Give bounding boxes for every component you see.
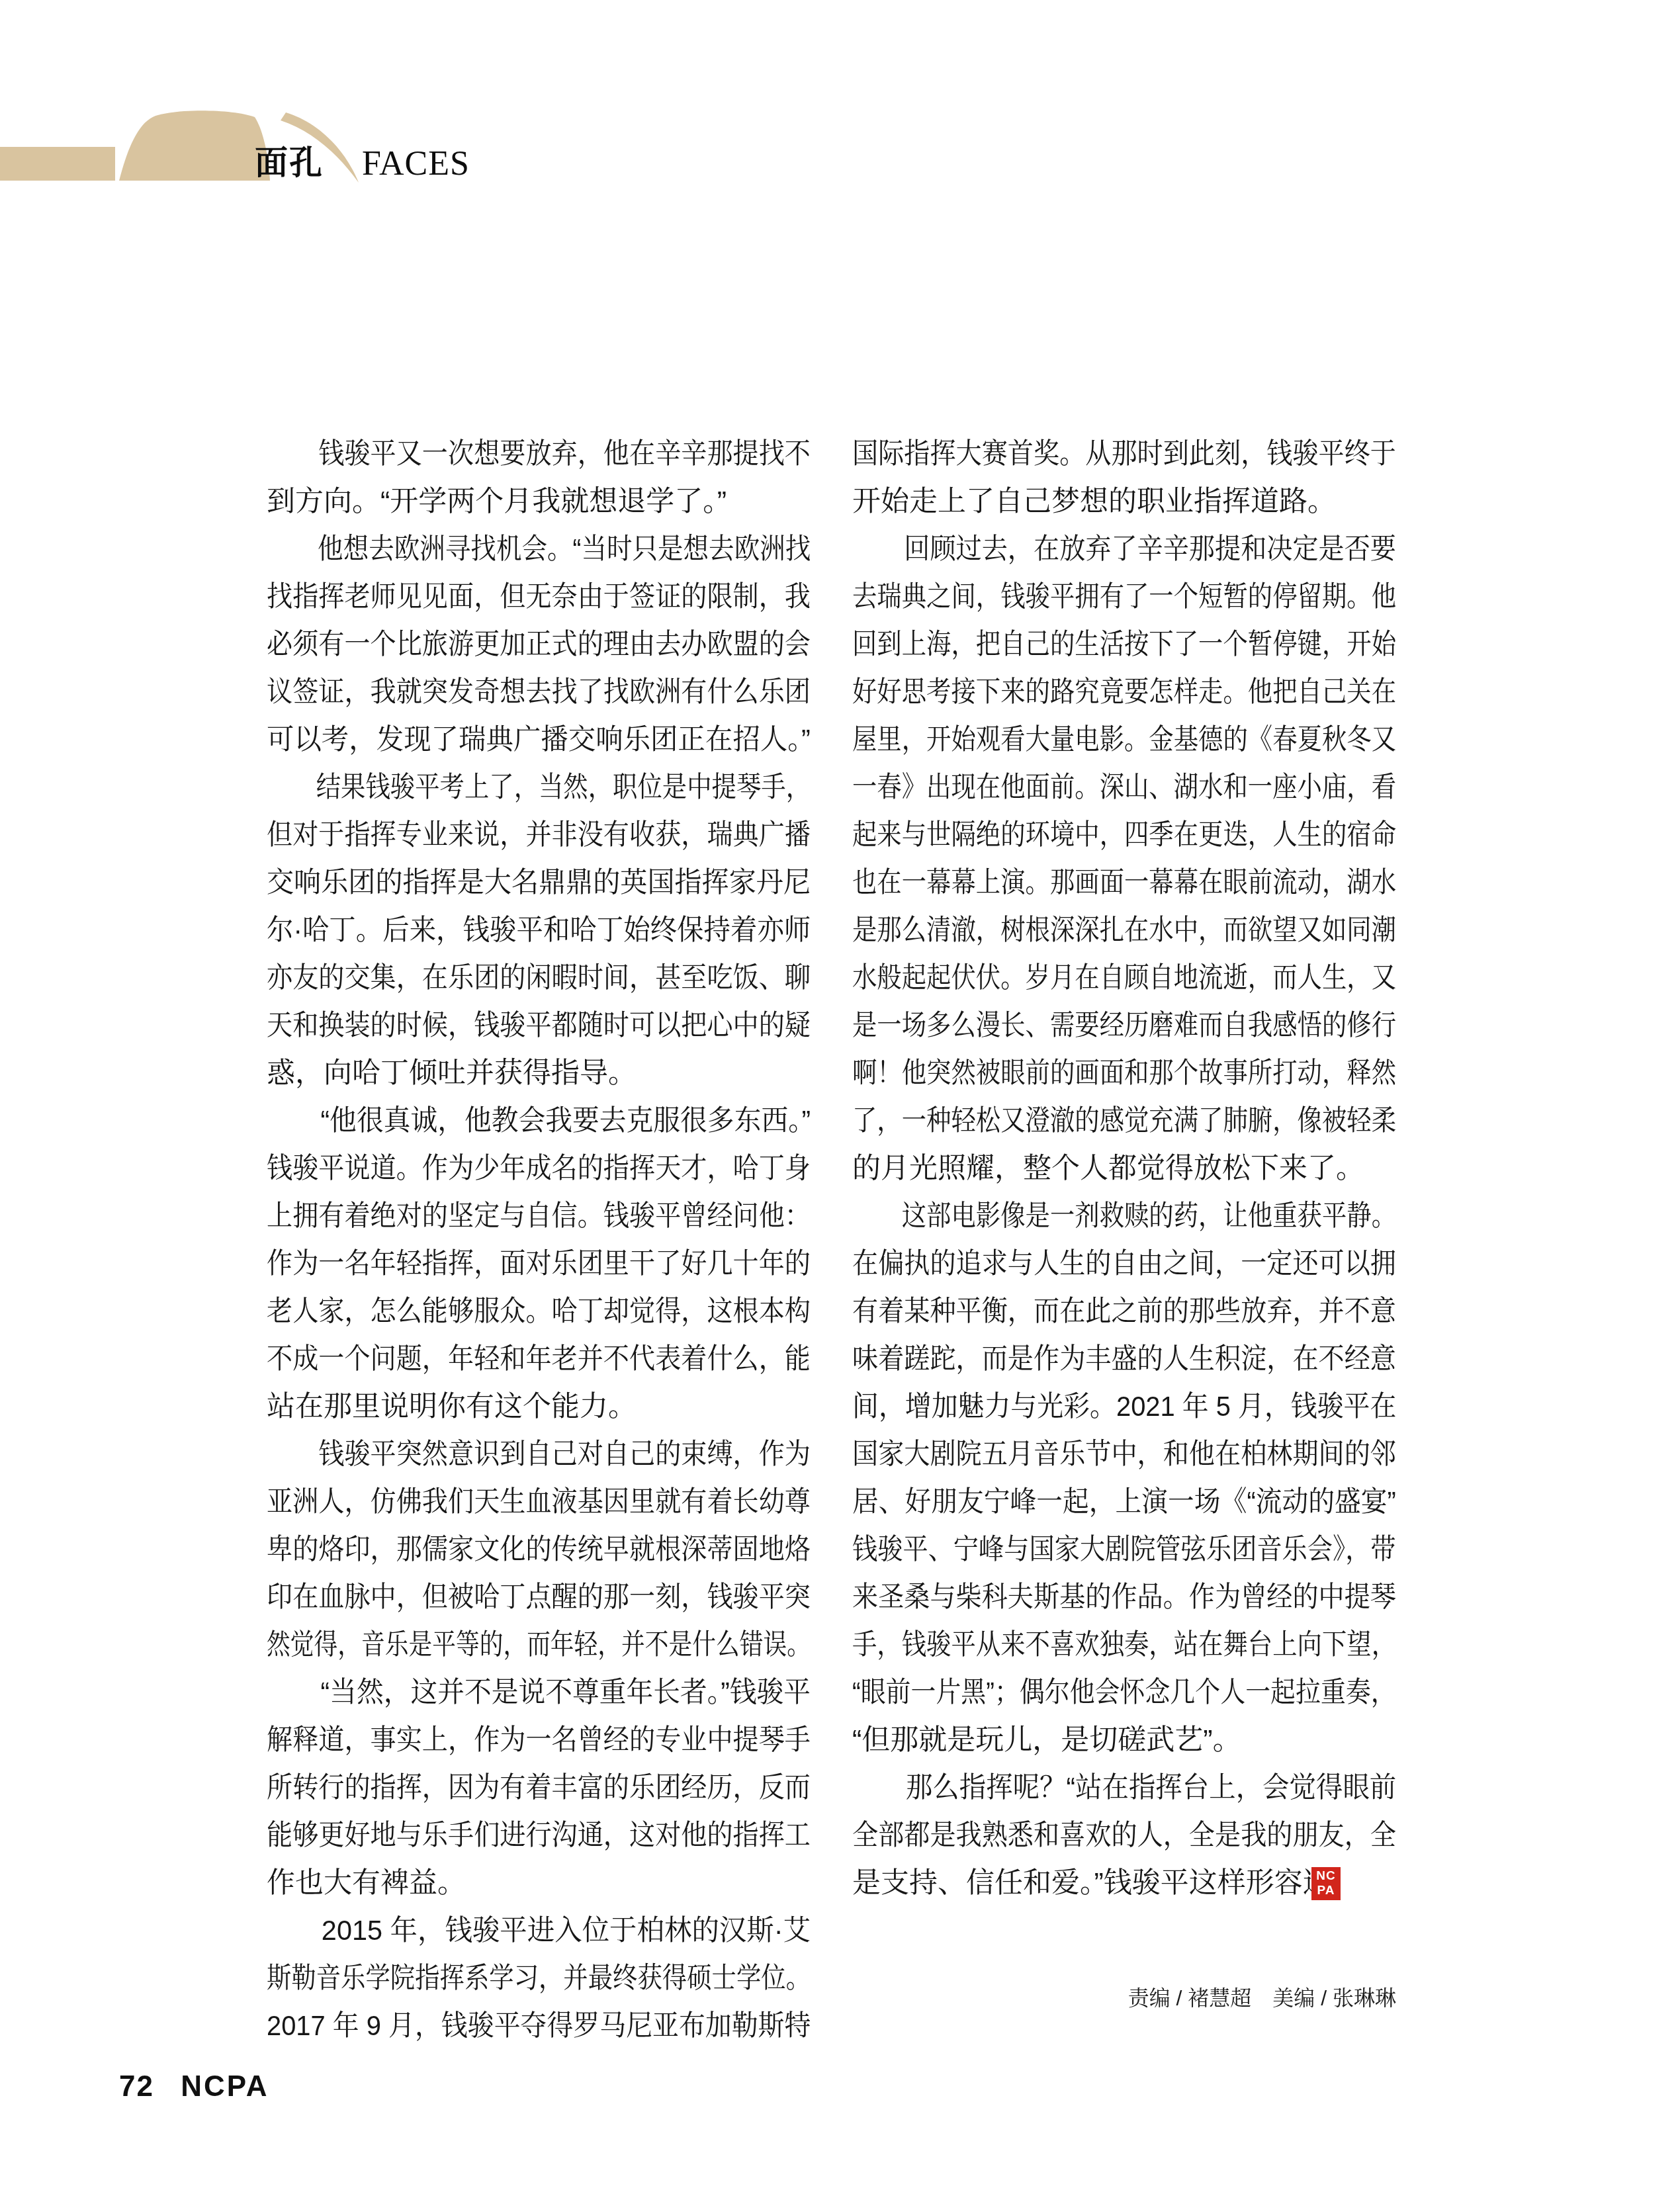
text-line: 结果钱骏平考上了，当然，职位是中提琴手， xyxy=(267,764,739,811)
text-line: 回顾过去，在放弃了辛辛那提和决定是否要 xyxy=(852,525,1347,573)
text-line: 去瑞典之间，钱骏平拥有了一个短暂的停留期。他 xyxy=(852,573,1325,621)
text-line: 这部电影像是一剂救赎的药，让他重获平静。 xyxy=(852,1192,1325,1240)
magazine-page: 面孔 FACES 钱骏平又一次想要放弃，他在辛辛那提找不到方向。“开学两个月我就… xyxy=(0,0,1680,2188)
text-line: 回到上海，把自己的生活按下了一个暂停键，开始 xyxy=(852,621,1325,668)
text-line: 可以考，发现了瑞典广播交响乐团正在招人。” xyxy=(267,716,791,764)
text-line: 居、好朋友宁峰一起，上演一场《“流动的盛宴” xyxy=(852,1478,1355,1526)
header-crescent-icon xyxy=(278,111,365,184)
article-column-left: 钱骏平又一次想要放弃，他在辛辛那提找不到方向。“开学两个月我就想退学了。”他想去… xyxy=(267,430,811,2050)
text-line: 一春》出现在他面前。深山、湖水和一座小庙，看 xyxy=(852,764,1325,811)
text-line: 他想去欧洲寻找机会。“当时只是想去欧洲找 xyxy=(267,525,754,573)
text-line: 站在那里说明你有这个能力。 xyxy=(267,1383,811,1430)
text-line: 斯勒音乐学院指挥系学习，并最终获得硕士学位。 xyxy=(267,1954,739,2002)
header-swoosh-icon xyxy=(93,109,278,182)
text-line: 钱骏平又一次想要放弃，他在辛辛那提找不 xyxy=(267,430,762,478)
text-line: 然觉得，音乐是平等的，而年轻，并不是什么错误。 xyxy=(267,1621,719,1669)
text-line: 啊！他突然被眼前的画面和那个故事所打动，释然 xyxy=(852,1049,1325,1097)
text-line: 2015 年，钱骏平进入位于柏林的汉斯·艾 xyxy=(267,1907,791,1954)
text-line: 水般起起伏伏。岁月在自顾自地流逝，而人生，又 xyxy=(852,954,1325,1002)
text-line: 印在血脉中，但被哈丁点醒的那一刻，钱骏平突 xyxy=(267,1573,762,1621)
text-line: 味着蹉跎，而是作为丰盛的人生积淀，在不经意 xyxy=(852,1335,1347,1383)
text-line: 是一场多么漫长、需要经历磨难而自我感悟的修行 xyxy=(852,1002,1325,1049)
text-line: 惑，向哈丁倾吐并获得指导。 xyxy=(267,1049,811,1097)
text-line: 亚洲人，仿佛我们天生血液基因里就有着长幼尊 xyxy=(267,1478,762,1526)
end-mark-line2: PA xyxy=(1317,1884,1335,1898)
text-line: 上拥有着绝对的坚定与自信。钱骏平曾经问他： xyxy=(267,1192,762,1240)
text-line: 手，钱骏平从来不喜欢独奏，站在舞台上向下望， xyxy=(852,1621,1325,1669)
article-column-right: 国际指挥大赛首奖。从那时到此刻，钱骏平终于开始走上了自己梦想的职业指挥道路。回顾… xyxy=(852,430,1396,1907)
section-title-en: FACES xyxy=(362,147,470,181)
text-line: 尔·哈丁。后来，钱骏平和哈丁始终保持着亦师 xyxy=(267,906,778,954)
text-line: 交响乐团的指挥是大名鼎鼎的英国指挥家丹尼 xyxy=(267,859,787,906)
publication-name: NCPA xyxy=(181,2070,269,2103)
text-line: 那么指挥呢？“站在指挥台上，会觉得眼前 xyxy=(852,1764,1364,1812)
page-footer: 72 NCPA xyxy=(119,2071,269,2103)
ncpa-end-mark-icon: NC PA xyxy=(1311,1867,1341,1900)
text-line: 议签证，我就突发奇想去找了找欧洲有什么乐团 xyxy=(267,668,762,716)
text-line: “眼前一片黑”；偶尔他会怀念几个人一起拉重奏， xyxy=(852,1669,1332,1716)
text-line: 开始走上了自己梦想的职业指挥道路。 xyxy=(852,478,1396,525)
text-line: 天和换装的时候，钱骏平都随时可以把心中的疑 xyxy=(267,1002,762,1049)
text-line: 钱骏平说道。作为少年成名的指挥天才，哈丁身 xyxy=(267,1145,762,1192)
text-line: 必须有一个比旅游更加正式的理由去办欧盟的会 xyxy=(267,621,762,668)
text-line: 能够更好地与乐手们进行沟通，这对他的指挥工 xyxy=(267,1812,762,1859)
text-line: 卑的烙印，那儒家文化的传统早就根深蒂固地烙 xyxy=(267,1526,762,1573)
text-line: 在偏执的追求与人生的自由之间，一定还可以拥 xyxy=(852,1240,1347,1288)
text-line: 所转行的指挥，因为有着丰富的乐团经历，反而 xyxy=(267,1764,762,1812)
text-line: 间，增加魅力与光彩。2021 年 5 月，钱骏平在 xyxy=(852,1383,1357,1430)
text-line: 老人家，怎么能够服众。哈丁却觉得，这根本构 xyxy=(267,1288,762,1335)
page-number: 72 xyxy=(119,2070,154,2103)
text-line: 钱骏平、宁峰与国家大剧院管弦乐团音乐会》，带 xyxy=(852,1526,1335,1573)
text-line: 起来与世隔绝的环境中，四季在更迭，人生的宿命 xyxy=(852,811,1325,859)
text-line: 作为一名年轻指挥，面对乐团里干了好几十年的 xyxy=(267,1240,762,1288)
text-line: “当然，这并不是说不尊重年长者。”钱骏平 xyxy=(267,1669,782,1716)
text-line: 有着某种平衡，而在此之前的那些放弃，并不意 xyxy=(852,1288,1347,1335)
editor-credits: 责编 / 褚慧超 美编 / 张琳琳 xyxy=(852,1984,1396,2013)
text-line: 2017 年 9 月，钱骏平夺得罗马尼亚布加勒斯特 xyxy=(267,2002,772,2050)
text-line: 好好思考接下来的路究竟要怎样走。他把自己关在 xyxy=(852,668,1325,716)
text-line: 钱骏平突然意识到自己对自己的束缚，作为 xyxy=(267,1430,762,1478)
text-line: 不成一个问题，年轻和年老并不代表着什么，能 xyxy=(267,1335,762,1383)
text-line: 找指挥老师见见面，但无奈由于签证的限制，我 xyxy=(267,573,762,621)
text-line: 亦友的交集，在乐团的闲暇时间，甚至吃饭、聊 xyxy=(267,954,762,1002)
text-line: 国际指挥大赛首奖。从那时到此刻，钱骏平终于 xyxy=(852,430,1347,478)
text-line: “但那就是玩儿，是切磋武艺”。 xyxy=(852,1716,1396,1764)
text-line: 来圣桑与柴科夫斯基的作品。作为曾经的中提琴 xyxy=(852,1573,1347,1621)
text-line: 作也大有裨益。 xyxy=(267,1859,811,1907)
text-line: 也在一幕幕上演。那画面一幕幕在眼前流动，湖水 xyxy=(852,859,1325,906)
text-line: 但对于指挥专业来说，并非没有收获，瑞典广播 xyxy=(267,811,762,859)
text-line: 是那么清澈，树根深深扎在水中，而欲望又如同潮 xyxy=(852,906,1325,954)
text-line: 的月光照耀，整个人都觉得放松下来了。 xyxy=(852,1145,1396,1192)
text-line: 屋里，开始观看大量电影。金基德的《春夏秋冬又 xyxy=(852,716,1325,764)
text-line: 国家大剧院五月音乐节中，和他在柏林期间的邻 xyxy=(852,1430,1347,1478)
text-line: “他很真诚，他教会我要去克服很多东西。” xyxy=(267,1097,782,1145)
end-mark-line1: NC xyxy=(1316,1869,1335,1884)
text-line: 到方向。“开学两个月我就想退学了。” xyxy=(267,478,811,525)
text-line: 了，一种轻松又澄澈的感觉充满了肺腑，像被轻柔 xyxy=(852,1097,1325,1145)
text-line: 解释道，事实上，作为一名曾经的专业中提琴手 xyxy=(267,1716,762,1764)
text-line: 全部都是我熟悉和喜欢的人，全是我的朋友，全 xyxy=(852,1812,1347,1859)
